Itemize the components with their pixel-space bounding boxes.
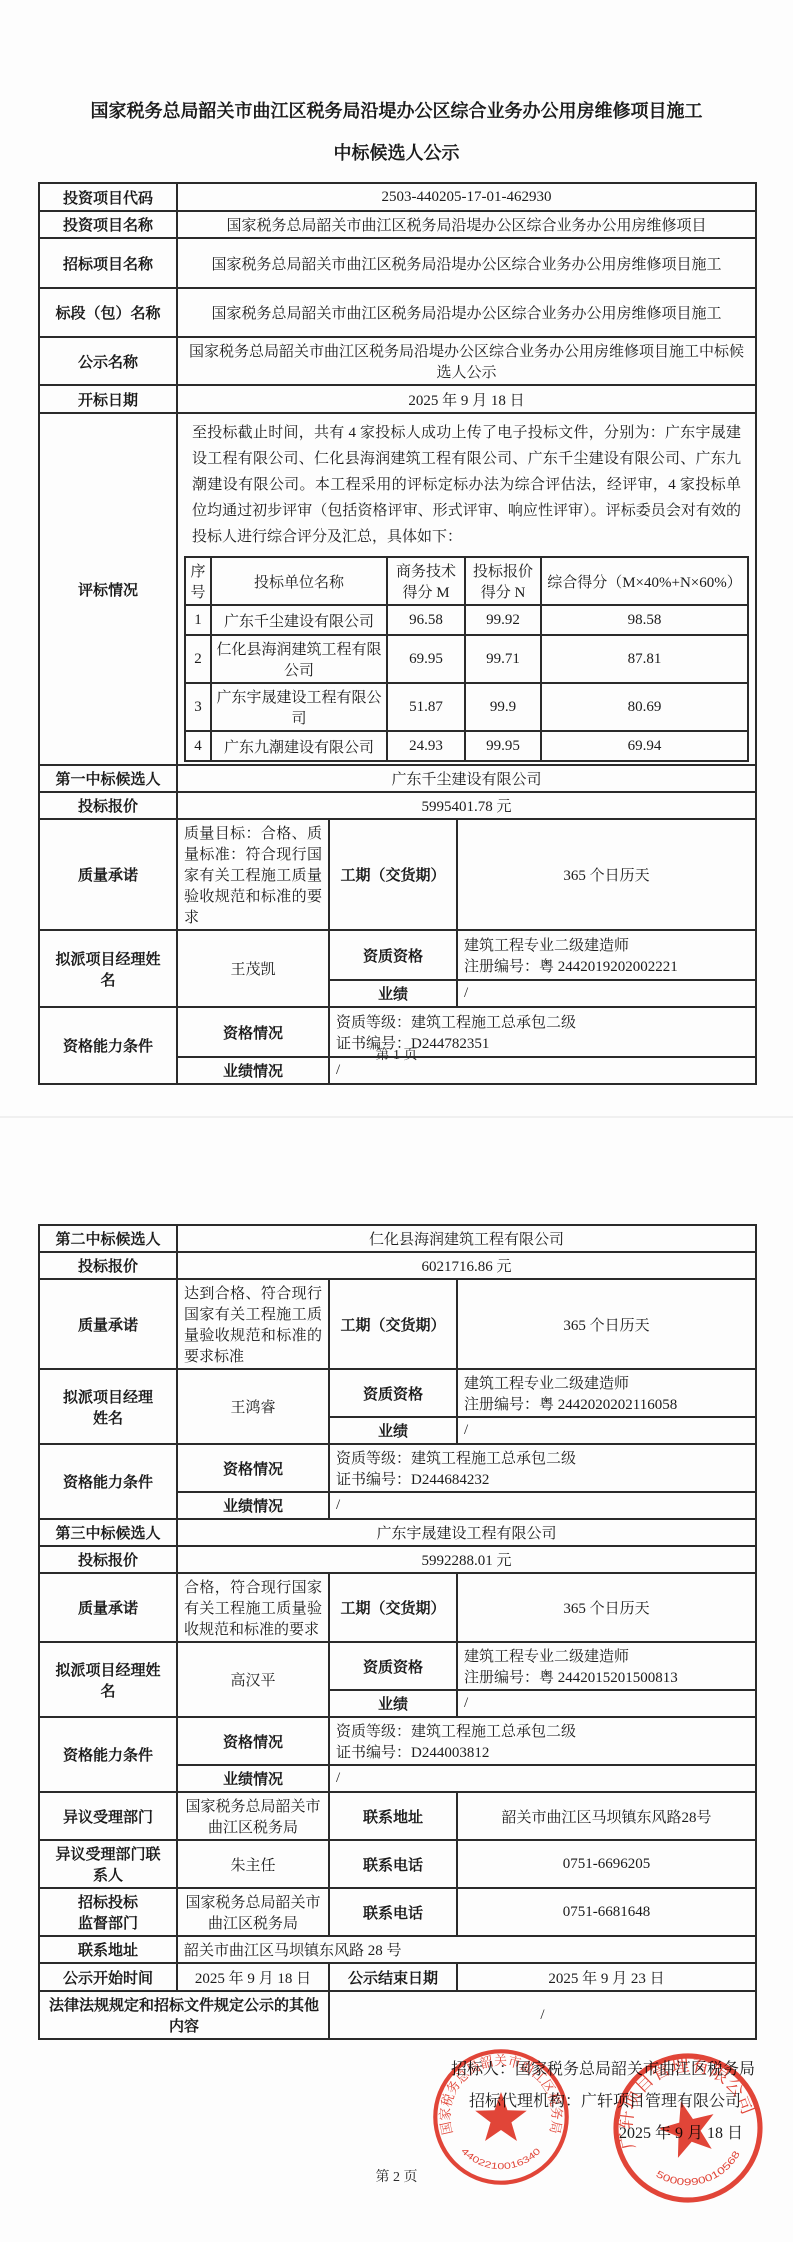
table-row: 投资项目名称 国家税务总局韶关市曲江区税务局沿堤办公区综合业务办公用房维修项目 <box>39 211 756 238</box>
col-total-header: 综合得分（M×40%+N×60%） <box>541 557 748 605</box>
project-info-table: 投资项目代码 2503-440205-17-01-462930 投资项目名称 国… <box>38 182 757 1085</box>
score-row: 4 广东九潮建设有限公司 24.93 99.95 69.94 <box>185 731 748 761</box>
supervision-dept-label: 招标投标 监督部门 <box>39 1888 177 1936</box>
performance-label: 业绩 <box>329 980 457 1007</box>
contact-phone-label: 联系电话 <box>329 1840 457 1888</box>
scanned-document: 国家税务总局韶关市曲江区税务局沿堤办公区综合业务办公用房维修项目施工 中标候选人… <box>0 0 793 2242</box>
candidate3-performance: / <box>457 1690 756 1717</box>
other-content-label: 法律法规规定和招标文件规定公示的其他内容 <box>39 1991 329 2039</box>
table-row: 投标报价 6021716.86 元 <box>39 1252 756 1279</box>
cred-label: 资格情况 <box>177 1717 329 1765</box>
candidates-contact-table: 第二中标候选人 仁化县海润建筑工程有限公司 投标报价 6021716.86 元 … <box>38 1224 757 2040</box>
candidate3-quality: 合格，符合现行国家有关工程施工质量验收规范和标准的要求 <box>177 1573 329 1642</box>
address-value: 韶关市曲江区马坝镇东风路 28 号 <box>177 1936 756 1963</box>
bid-open-date-value: 2025 年 9 月 18 日 <box>177 385 756 413</box>
ability-label: 资格能力条件 <box>39 1444 177 1519</box>
evaluation-content: 至投标截止时间，共有 4 家投标人成功上传了电子投标文件，分别为：广东宇晟建设工… <box>177 413 756 765</box>
ability-label: 资格能力条件 <box>39 1717 177 1792</box>
candidate1-period: 365 个日历天 <box>457 819 756 930</box>
tender-project-label: 招标项目名称 <box>39 238 177 288</box>
candidate3-name: 广东宇晟建设工程有限公司 <box>177 1519 756 1546</box>
table-row: 投标报价 5995401.78 元 <box>39 792 756 819</box>
supervision-dept-value: 国家税务总局韶关市曲江区税务局 <box>177 1888 329 1936</box>
score-row: 2 仁化县海润建筑工程有限公司 69.95 99.71 87.81 <box>185 635 748 683</box>
price-label: 投标报价 <box>39 1546 177 1573</box>
table-row: 资格能力条件 资格情况 资质等级：建筑工程施工总承包二级 证书编号：D24468… <box>39 1444 756 1492</box>
candidate1-manager: 王茂凯 <box>177 930 329 1007</box>
candidate2-rank-label: 第二中标候选人 <box>39 1225 177 1252</box>
period-label: 工期（交货期） <box>329 819 457 930</box>
candidate2-record: / <box>329 1492 756 1519</box>
tender-project-value: 国家税务总局韶关市曲江区税务局沿堤办公区综合业务办公用房维修项目施工 <box>177 238 756 288</box>
objection-contact-label: 异议受理部门联 系人 <box>39 1840 177 1888</box>
publicity-end-label: 公示结束日期 <box>329 1963 457 1991</box>
qualification-regno: 注册编号：粤 2442020202116058 <box>464 1393 749 1414</box>
document-title-line1: 国家税务总局韶关市曲江区税务局沿堤办公区综合业务办公用房维修项目施工 <box>0 0 793 124</box>
invest-name-label: 投资项目名称 <box>39 211 177 238</box>
candidate2-period: 365 个日历天 <box>457 1279 756 1369</box>
candidate3-price: 5992288.01 元 <box>177 1546 756 1573</box>
score-n: 99.95 <box>465 731 541 761</box>
score-m: 69.95 <box>387 635 465 683</box>
invest-code-label: 投资项目代码 <box>39 183 177 211</box>
candidate2-performance: / <box>457 1417 756 1444</box>
supervision-phone-value: 0751-6681648 <box>457 1888 756 1936</box>
candidate2-qualification: 建筑工程专业二级建造师 注册编号：粤 2442020202116058 <box>457 1369 756 1417</box>
document-title-line2: 中标候选人公示 <box>0 124 793 166</box>
other-content-value: / <box>329 1991 756 2039</box>
score-no: 2 <box>185 635 211 683</box>
score-row: 1 广东千尘建设有限公司 96.58 99.92 98.58 <box>185 605 748 635</box>
score-n: 99.9 <box>465 683 541 731</box>
section-name-value: 国家税务总局韶关市曲江区税务局沿堤办公区综合业务办公用房维修项目施工 <box>177 288 756 337</box>
candidate1-qualification: 建筑工程专业二级建造师 注册编号：粤 2442019202002221 <box>457 930 756 980</box>
candidate2-quality: 达到合格、符合现行国家有关工程施工质量验收规范和标准的要求标准 <box>177 1279 329 1369</box>
address-label: 联系地址 <box>39 1936 177 1963</box>
evaluation-row: 评标情况 至投标截止时间，共有 4 家投标人成功上传了电子投标文件，分别为：广东… <box>39 413 756 765</box>
score-table: 序号 投标单位名称 商务技术得分 M 投标报价得分 N 综合得分（M×40%+N… <box>184 556 749 762</box>
table-row: 拟派项目经理姓 名 王茂凯 资质资格 建筑工程专业二级建造师 注册编号：粤 24… <box>39 930 756 980</box>
invest-name-value: 国家税务总局韶关市曲江区税务局沿堤办公区综合业务办公用房维修项目 <box>177 211 756 238</box>
invest-code-value: 2503-440205-17-01-462930 <box>177 183 756 211</box>
candidate1-price: 5995401.78 元 <box>177 792 756 819</box>
cred-cert-no: 证书编号：D244684232 <box>336 1468 749 1489</box>
publicity-start-value: 2025 年 9 月 18 日 <box>177 1963 329 1991</box>
signature-block: 招标人：国家税务总局韶关市曲江区税务局 招标代理机构：广轩项目管理有限公司 20… <box>0 2056 793 2143</box>
qualification-label: 资质资格 <box>329 1642 457 1690</box>
bidder-line: 招标人：国家税务总局韶关市曲江区税务局 <box>0 2056 755 2079</box>
quality-label: 质量承诺 <box>39 1279 177 1369</box>
cred-label: 资格情况 <box>177 1444 329 1492</box>
candidate3-rank-label: 第三中标候选人 <box>39 1519 177 1546</box>
evaluation-paragraph: 至投标截止时间，共有 4 家投标人成功上传了电子投标文件，分别为：广东宇晟建设工… <box>184 416 749 556</box>
table-row: 质量承诺 质量目标：合格、质量标准：符合现行国家有关工程施工质量验收规范和标准的… <box>39 819 756 930</box>
table-row: 资格能力条件 资格情况 资质等级：建筑工程施工总承包二级 证书编号：D24400… <box>39 1717 756 1765</box>
objection-dept-value: 国家税务总局韶关市曲江区税务局 <box>177 1792 329 1840</box>
score-table-header: 序号 投标单位名称 商务技术得分 M 投标报价得分 N 综合得分（M×40%+N… <box>185 557 748 605</box>
contact-address-label: 联系地址 <box>329 1792 457 1840</box>
announcement-name-value: 国家税务总局韶关市曲江区税务局沿堤办公区综合业务办公用房维修项目施工中标候选人公… <box>177 337 756 385</box>
performance-label: 业绩 <box>329 1690 457 1717</box>
score-m: 96.58 <box>387 605 465 635</box>
score-bidder: 广东千尘建设有限公司 <box>211 605 387 635</box>
table-row: 投资项目代码 2503-440205-17-01-462930 <box>39 183 756 211</box>
score-no: 1 <box>185 605 211 635</box>
price-label: 投标报价 <box>39 1252 177 1279</box>
candidate2-name: 仁化县海润建筑工程有限公司 <box>177 1225 756 1252</box>
page2-footer: 第 2 页 <box>0 2166 793 2186</box>
manager-label: 拟派项目经理 姓名 <box>39 1369 177 1444</box>
qualification-regno: 注册编号：粤 2442019202002221 <box>464 955 749 976</box>
cred-cert-no: 证书编号：D244003812 <box>336 1741 749 1762</box>
candidate3-manager: 高汉平 <box>177 1642 329 1717</box>
candidate3-record: / <box>329 1765 756 1792</box>
page-2: 第二中标候选人 仁化县海润建筑工程有限公司 投标报价 6021716.86 元 … <box>0 1118 793 2242</box>
sign-date-line: 2025 年 9 月 18 日 <box>0 2120 743 2143</box>
qualification-title: 建筑工程专业二级建造师 <box>464 1372 749 1393</box>
candidate3-cred: 资质等级：建筑工程施工总承包二级 证书编号：D244003812 <box>329 1717 756 1765</box>
candidate3-qualification: 建筑工程专业二级建造师 注册编号：粤 2442015201500813 <box>457 1642 756 1690</box>
contact-address-value: 韶关市曲江区马坝镇东风路28号 <box>457 1792 756 1840</box>
cred-grade: 资质等级：建筑工程施工总承包二级 <box>336 1011 749 1032</box>
table-row: 第一中标候选人 广东千尘建设有限公司 <box>39 765 756 792</box>
score-bidder: 仁化县海润建筑工程有限公司 <box>211 635 387 683</box>
score-no: 4 <box>185 731 211 761</box>
announcement-name-label: 公示名称 <box>39 337 177 385</box>
col-no-header: 序号 <box>185 557 211 605</box>
candidate1-rank-label: 第一中标候选人 <box>39 765 177 792</box>
table-row: 公示开始时间 2025 年 9 月 18 日 公示结束日期 2025 年 9 月… <box>39 1963 756 1991</box>
objection-contact-value: 朱主任 <box>177 1840 329 1888</box>
price-label: 投标报价 <box>39 792 177 819</box>
table-row: 第三中标候选人 广东宇晟建设工程有限公司 <box>39 1519 756 1546</box>
score-m: 51.87 <box>387 683 465 731</box>
table-row: 联系地址 韶关市曲江区马坝镇东风路 28 号 <box>39 1936 756 1963</box>
objection-dept-label: 异议受理部门 <box>39 1792 177 1840</box>
contact-phone-value: 0751-6696205 <box>457 1840 756 1888</box>
qualification-label: 资质资格 <box>329 1369 457 1417</box>
publicity-start-label: 公示开始时间 <box>39 1963 177 1991</box>
candidate2-manager: 王鸿睿 <box>177 1369 329 1444</box>
period-label: 工期（交货期） <box>329 1573 457 1642</box>
score-n: 99.92 <box>465 605 541 635</box>
performance-label: 业绩 <box>329 1417 457 1444</box>
score-total: 69.94 <box>541 731 748 761</box>
record-label: 业绩情况 <box>177 1765 329 1792</box>
supervision-phone-label: 联系电话 <box>329 1888 457 1936</box>
page1-footer: 第 1 页 <box>0 1044 793 1064</box>
evaluation-label: 评标情况 <box>39 413 177 765</box>
score-m: 24.93 <box>387 731 465 761</box>
table-row: 投标报价 5992288.01 元 <box>39 1546 756 1573</box>
qualification-regno: 注册编号：粤 2442015201500813 <box>464 1666 749 1687</box>
score-total: 80.69 <box>541 683 748 731</box>
bid-open-date-label: 开标日期 <box>39 385 177 413</box>
table-row: 公示名称 国家税务总局韶关市曲江区税务局沿堤办公区综合业务办公用房维修项目施工中… <box>39 337 756 385</box>
agency-line: 招标代理机构：广轩项目管理有限公司 <box>0 2088 741 2111</box>
qualification-title: 建筑工程专业二级建造师 <box>464 934 749 955</box>
score-bidder: 广东宇晟建设工程有限公司 <box>211 683 387 731</box>
quality-label: 质量承诺 <box>39 819 177 930</box>
score-total: 87.81 <box>541 635 748 683</box>
table-row: 质量承诺 合格，符合现行国家有关工程施工质量验收规范和标准的要求 工期（交货期）… <box>39 1573 756 1642</box>
candidate1-quality: 质量目标：合格、质量标准：符合现行国家有关工程施工质量验收规范和标准的要求 <box>177 819 329 930</box>
table-row: 法律法规规定和招标文件规定公示的其他内容 / <box>39 1991 756 2039</box>
table-row: 质量承诺 达到合格、符合现行国家有关工程施工质量验收规范和标准的要求标准 工期（… <box>39 1279 756 1369</box>
table-row: 拟派项目经理姓 名 高汉平 资质资格 建筑工程专业二级建造师 注册编号：粤 24… <box>39 1642 756 1690</box>
col-bidder-header: 投标单位名称 <box>211 557 387 605</box>
table-row: 异议受理部门 国家税务总局韶关市曲江区税务局 联系地址 韶关市曲江区马坝镇东风路… <box>39 1792 756 1840</box>
cred-grade: 资质等级：建筑工程施工总承包二级 <box>336 1720 749 1741</box>
table-row: 异议受理部门联 系人 朱主任 联系电话 0751-6696205 <box>39 1840 756 1888</box>
candidate2-price: 6021716.86 元 <box>177 1252 756 1279</box>
candidate1-name: 广东千尘建设有限公司 <box>177 765 756 792</box>
qualification-title: 建筑工程专业二级建造师 <box>464 1645 749 1666</box>
score-total: 98.58 <box>541 605 748 635</box>
table-row: 第二中标候选人 仁化县海润建筑工程有限公司 <box>39 1225 756 1252</box>
table-row: 招标项目名称 国家税务总局韶关市曲江区税务局沿堤办公区综合业务办公用房维修项目施… <box>39 238 756 288</box>
table-row: 标段（包）名称 国家税务总局韶关市曲江区税务局沿堤办公区综合业务办公用房维修项目… <box>39 288 756 337</box>
col-tech-header: 商务技术得分 M <box>387 557 465 605</box>
score-row: 3 广东宇晟建设工程有限公司 51.87 99.9 80.69 <box>185 683 748 731</box>
table-row: 拟派项目经理 姓名 王鸿睿 资质资格 建筑工程专业二级建造师 注册编号：粤 24… <box>39 1369 756 1417</box>
quality-label: 质量承诺 <box>39 1573 177 1642</box>
candidate3-period: 365 个日历天 <box>457 1573 756 1642</box>
table-row: 招标投标 监督部门 国家税务总局韶关市曲江区税务局 联系电话 0751-6681… <box>39 1888 756 1936</box>
page-1: 国家税务总局韶关市曲江区税务局沿堤办公区综合业务办公用房维修项目施工 中标候选人… <box>0 0 793 1118</box>
col-price-header: 投标报价得分 N <box>465 557 541 605</box>
score-no: 3 <box>185 683 211 731</box>
candidate1-performance: / <box>457 980 756 1007</box>
candidate2-cred: 资质等级：建筑工程施工总承包二级 证书编号：D244684232 <box>329 1444 756 1492</box>
manager-label: 拟派项目经理姓 名 <box>39 930 177 1007</box>
qualification-label: 资质资格 <box>329 930 457 980</box>
manager-label: 拟派项目经理姓 名 <box>39 1642 177 1717</box>
record-label: 业绩情况 <box>177 1492 329 1519</box>
table-row: 开标日期 2025 年 9 月 18 日 <box>39 385 756 413</box>
cred-grade: 资质等级：建筑工程施工总承包二级 <box>336 1447 749 1468</box>
section-name-label: 标段（包）名称 <box>39 288 177 337</box>
score-n: 99.71 <box>465 635 541 683</box>
score-bidder: 广东九潮建设有限公司 <box>211 731 387 761</box>
publicity-end-value: 2025 年 9 月 23 日 <box>457 1963 756 1991</box>
period-label: 工期（交货期） <box>329 1279 457 1369</box>
